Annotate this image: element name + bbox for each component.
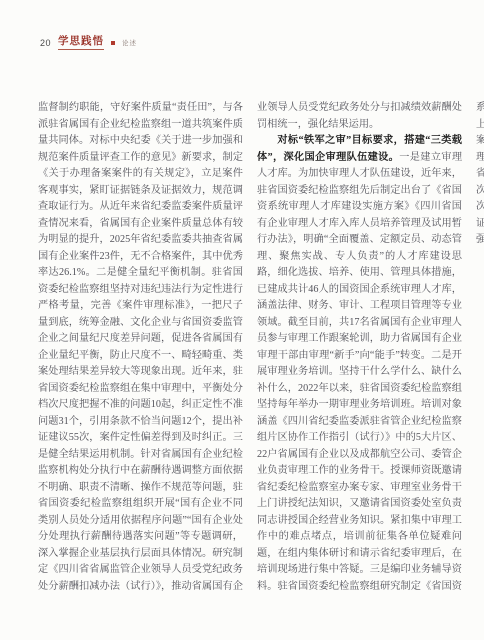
running-head: 20 学思践悟 论述	[40, 36, 444, 50]
journal-page: 20 学思践悟 论述 监督制约职能，守好案件质量“责任田”，与各派驻省属国有企业…	[0, 0, 484, 640]
page-number: 20	[40, 38, 51, 48]
section-label: 论述	[122, 38, 137, 47]
paragraph-text: 一是建立审理人才库。为加快审理人才队伍建设，近年来，驻省国资委纪检监察组先后制定…	[257, 102, 484, 592]
column-title: 学思践悟	[58, 36, 104, 50]
article-body: 监督制约职能，守好案件质量“责任田”，与各派驻省属国有企业纪检监察组一道共筑案件…	[38, 100, 462, 600]
section-bullet-icon	[111, 41, 115, 45]
article-paragraph: 对标“铁军之审”目标要求，搭建“三类载体”，深化国企审理队伍建设。一是建立审理人…	[257, 100, 484, 600]
